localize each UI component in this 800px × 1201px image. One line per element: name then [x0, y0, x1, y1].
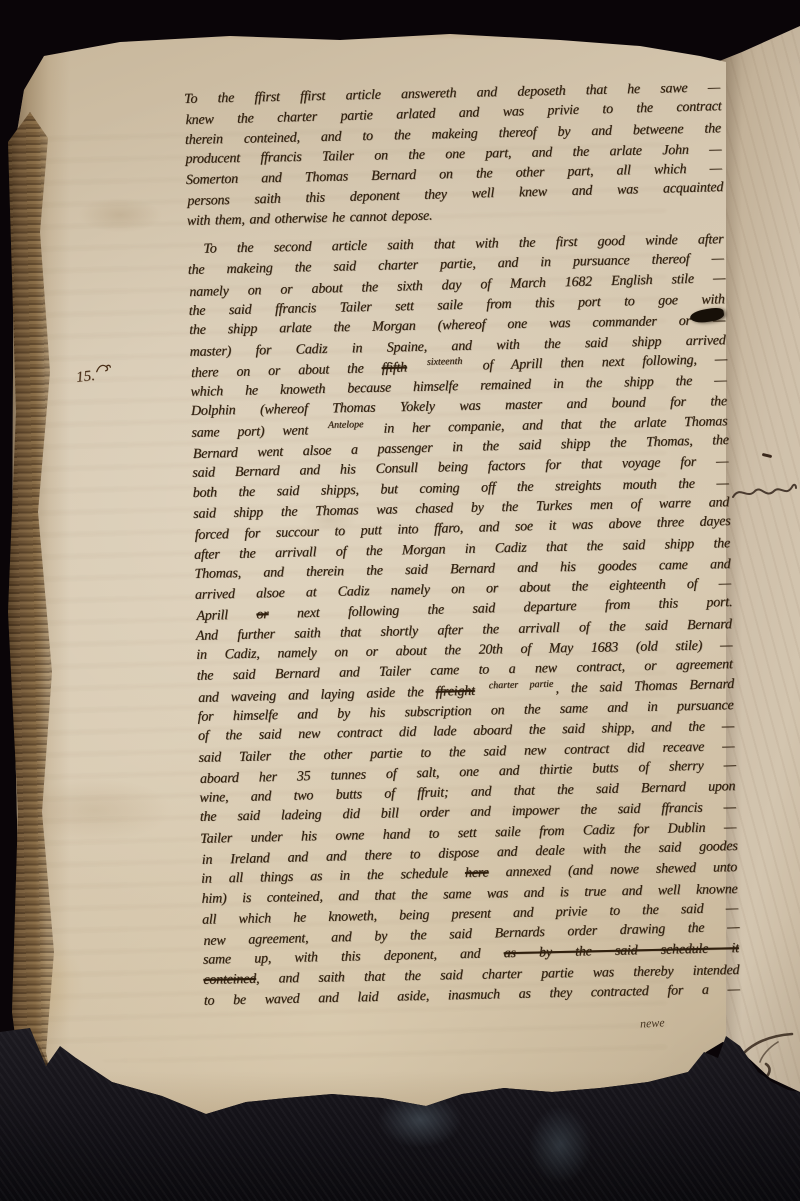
- struck-text: ffifth: [382, 360, 408, 376]
- handwriting-text: of Aprill then next following, —: [464, 352, 727, 374]
- handwriting-text: [407, 360, 425, 375]
- interlinear-insertion: Antelope: [328, 419, 364, 431]
- manuscript-text: To the ffirst ffirst article answereth a…: [184, 78, 740, 1012]
- struck-text: or: [256, 608, 268, 623]
- folio-number: 15.: [75, 368, 95, 386]
- struck-text: as by the said schedule it: [504, 942, 739, 962]
- handwriting-text: there on or about the: [191, 361, 382, 381]
- ink-scribble: [730, 470, 798, 506]
- interlinear-insertion: sixteenth: [427, 356, 463, 368]
- struck-text: ffreight: [436, 683, 475, 699]
- struck-text: conteined: [203, 972, 256, 988]
- folio-margin-note: 15.: [75, 362, 113, 387]
- handwriting-text: same port) went: [191, 423, 326, 441]
- handwriting-text: [475, 683, 487, 698]
- handwriting-text: annexed (and nowe shewed unto: [488, 860, 737, 880]
- handwriting-text: Aprill: [196, 608, 256, 625]
- interlinear-insertion: charter partie: [489, 678, 554, 691]
- burnt-top-edge: [0, 0, 726, 40]
- struck-text: here: [465, 866, 489, 882]
- handwriting-text: and waveing and laying aside the: [198, 684, 436, 705]
- photo-backdrop: 15. To the ffirst ffirst article answere…: [0, 0, 800, 1201]
- catchword: newe: [640, 1015, 665, 1031]
- flourish-curl-icon: [95, 362, 112, 374]
- handwriting-text: , the said Thomas Bernard: [555, 677, 734, 697]
